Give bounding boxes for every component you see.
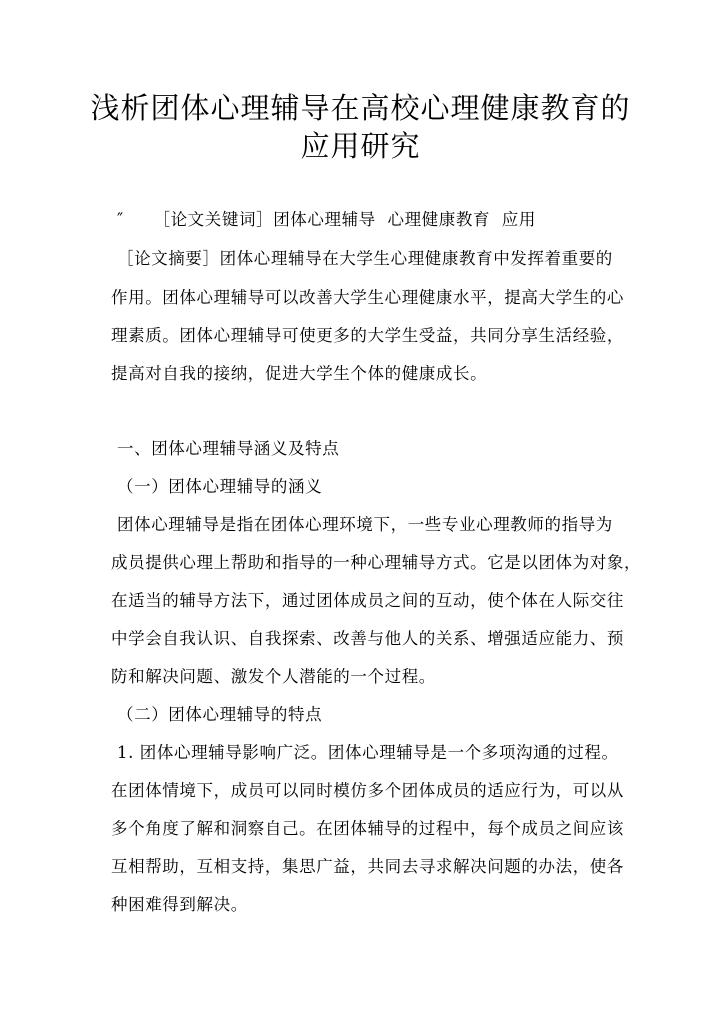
abstract-line-2: 作用。团体心理辅导可以改善大学生心理健康水平，提高大学生的心 [111, 287, 609, 309]
paragraph-line: 成员提供心理上帮助和指导的一种心理辅导方式。它是以团体为对象， [111, 552, 609, 574]
keywords-line: ″ ［论文关键词］团体心理辅导 心理健康教育 应用 [117, 209, 536, 231]
paragraph-line: 多个角度了解和洞察自己。在团体辅导的过程中，每个成员之间应该 [111, 818, 609, 840]
paragraph-line: 种困难得到解决。 [111, 894, 248, 916]
section-heading-1: 一、团体心理辅导涵义及特点 [117, 438, 339, 460]
document-title-line-1: 浅析团体心理辅导在高校心理健康教育的 [0, 90, 721, 126]
paragraph-line: 防和解决问题、激发个人潜能的一个过程。 [111, 666, 436, 688]
paragraph-line: 互相帮助，互相支持，集思广益，共同去寻求解决问题的办法，使各 [111, 856, 609, 878]
paragraph-line: 团体心理辅导是指在团体心理环境下，一些专业心理教师的指导为 [117, 514, 609, 536]
paragraph-line: 中学会自我认识、自我探索、改善与他人的关系、增强适应能力、预 [111, 628, 609, 650]
document-title-line-2: 应用研究 [0, 128, 721, 164]
document-page: 浅析团体心理辅导在高校心理健康教育的 应用研究 ″ ［论文关键词］团体心理辅导 … [0, 0, 721, 1020]
paragraph-line: 1. 团体心理辅导影响广泛。团体心理辅导是一个多项沟通的过程。 [117, 742, 609, 764]
abstract-text: 团体心理辅导在大学生心理健康教育中发挥着重要的 [220, 249, 613, 268]
abstract-line-1: ［论文摘要］团体心理辅导在大学生心理健康教育中发挥着重要的 [117, 248, 613, 270]
subsection-heading-2: （二）团体心理辅导的特点 [117, 704, 322, 726]
paragraph-line: 在适当的辅导方法下，通过团体成员之间的互动，使个体在人际交往 [111, 590, 609, 612]
keywords-text: 团体心理辅导 心理健康教育 应用 [273, 210, 536, 229]
paragraph-line: 在团体情境下，成员可以同时模仿多个团体成员的适应行为，可以从 [111, 780, 609, 802]
stray-mark: ″ [117, 210, 124, 229]
abstract-label: ［论文摘要］ [117, 249, 220, 268]
abstract-line-3: 理素质。团体心理辅导可使更多的大学生受益，共同分享生活经验， [111, 325, 609, 347]
abstract-line-4: 提高对自我的接纳，促进大学生个体的健康成长。 [111, 363, 487, 385]
subsection-heading-1: （一）团体心理辅导的涵义 [117, 476, 322, 498]
keywords-label: ［论文关键词］ [153, 210, 273, 229]
